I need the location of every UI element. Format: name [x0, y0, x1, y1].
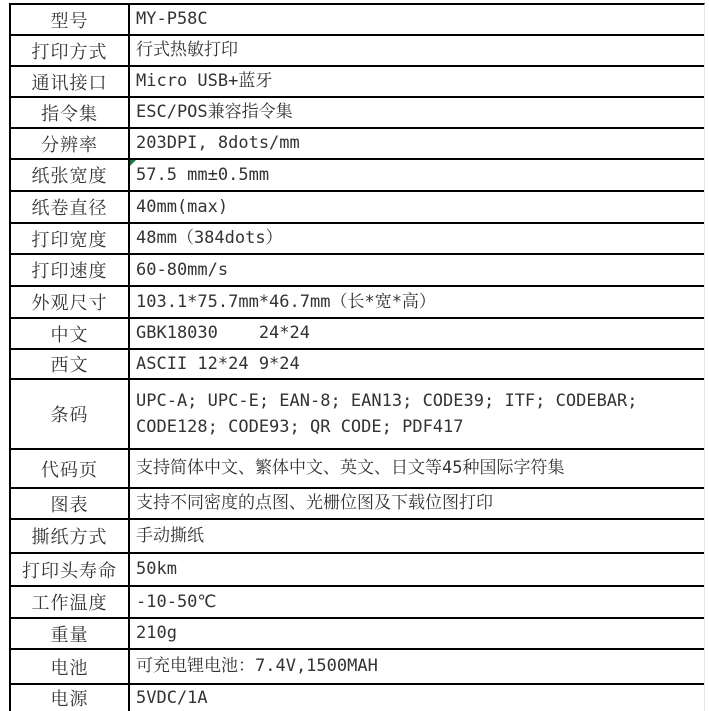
table-row: 打印速度 60-80mm/s [11, 255, 704, 287]
spec-value-cell: 手动撕纸 [128, 520, 704, 552]
spec-value-cell: GBK18030 24*24 [128, 319, 704, 348]
spec-value-cell: 支持简体中文、繁体中文、英文、日文等45种国际字符集 [128, 450, 704, 487]
table-row: 打印头寿命 50km [11, 554, 704, 587]
spec-value: MY-P58C [136, 6, 208, 32]
spec-label: 图表 [11, 489, 128, 518]
spec-value-cell: 可充电锂电池：7.4V,1500MAH [128, 650, 704, 683]
table-row: 打印宽度 48mm（384dots） [11, 224, 704, 255]
spec-label: 西文 [11, 350, 128, 378]
spec-value: 可充电锂电池：7.4V,1500MAH [136, 653, 378, 679]
spec-value: ASCII 12*24 9*24 [136, 351, 300, 377]
spec-value: 5VDC/1A [136, 685, 208, 711]
spec-value: 48mm（384dots） [136, 225, 283, 251]
spec-label: 打印头寿命 [11, 554, 128, 585]
spec-value: 支持不同密度的点图、光栅位图及下载位图打印 [136, 490, 493, 516]
spec-value-cell: 48mm（384dots） [128, 224, 704, 253]
table-row: 条码 UPC-A; UPC-E; EAN-8; EAN13; CODE39; I… [11, 380, 704, 450]
spec-value: 203DPI, 8dots/mm [136, 130, 300, 156]
spec-label: 电池 [11, 650, 128, 683]
spec-label: 打印速度 [11, 255, 128, 285]
spec-value: UPC-A; UPC-E; EAN-8; EAN13; CODE39; ITF;… [136, 388, 700, 441]
table-row: 中文 GBK18030 24*24 [11, 319, 704, 350]
spec-label: 重量 [11, 619, 128, 648]
spec-value-cell: 50km [128, 554, 704, 585]
spec-value: GBK18030 24*24 [136, 320, 310, 346]
green-corner-marker-icon [130, 160, 136, 166]
spec-value-cell: 57.5 mm±0.5mm [128, 160, 704, 190]
spec-label: 分辨率 [11, 129, 128, 158]
table-row: 代码页 支持简体中文、繁体中文、英文、日文等45种国际字符集 [11, 450, 704, 489]
spec-value: Micro USB+蓝牙 [136, 68, 272, 94]
spec-value-cell: 210g [128, 619, 704, 648]
spec-value-cell: MY-P58C [128, 5, 704, 34]
spec-value-cell: ASCII 12*24 9*24 [128, 350, 704, 378]
spec-value: ESC/POS兼容指令集 [136, 99, 293, 125]
table-row: 西文 ASCII 12*24 9*24 [11, 350, 704, 380]
spec-value-cell: 支持不同密度的点图、光栅位图及下载位图打印 [128, 489, 704, 518]
spec-label: 纸卷直径 [11, 192, 128, 222]
table-row: 工作温度 -10-50℃ [11, 587, 704, 619]
spec-label: 中文 [11, 319, 128, 348]
spec-label: 纸张宽度 [11, 160, 128, 190]
table-row: 电源 5VDC/1A [11, 685, 704, 711]
spec-value-cell: -10-50℃ [128, 587, 704, 617]
spec-value: 支持简体中文、繁体中文、英文、日文等45种国际字符集 [136, 455, 564, 481]
spec-label: 电源 [11, 685, 128, 711]
table-row: 撕纸方式 手动撕纸 [11, 520, 704, 554]
spec-label: 工作温度 [11, 587, 128, 617]
spec-value: 210g [136, 620, 177, 646]
spec-label: 外观尺寸 [11, 287, 128, 317]
spec-value: -10-50℃ [136, 589, 217, 615]
printer-spec-table: 型号 MY-P58C 打印方式 行式热敏打印 通讯接口 Micro USB+蓝牙… [9, 3, 705, 711]
spec-label: 指令集 [11, 98, 128, 127]
table-row: 打印方式 行式热敏打印 [11, 36, 704, 67]
table-row: 图表 支持不同密度的点图、光栅位图及下载位图打印 [11, 489, 704, 520]
table-row: 型号 MY-P58C [11, 5, 704, 36]
spec-label: 通讯接口 [11, 67, 128, 96]
spec-value-cell: 203DPI, 8dots/mm [128, 129, 704, 158]
spec-value-cell: 103.1*75.7mm*46.7mm（长*宽*高） [128, 287, 704, 317]
spec-value: 57.5 mm±0.5mm [136, 162, 269, 188]
spec-label: 打印宽度 [11, 224, 128, 253]
spec-value: 40mm(max) [136, 194, 228, 220]
spec-value-cell: 行式热敏打印 [128, 36, 704, 65]
table-row: 指令集 ESC/POS兼容指令集 [11, 98, 704, 129]
spec-label: 代码页 [11, 450, 128, 487]
spec-label: 条码 [11, 380, 128, 448]
spec-label: 撕纸方式 [11, 520, 128, 552]
spec-value: 手动撕纸 [136, 523, 204, 549]
spec-value-cell: Micro USB+蓝牙 [128, 67, 704, 96]
spec-value-cell: ESC/POS兼容指令集 [128, 98, 704, 127]
table-row: 通讯接口 Micro USB+蓝牙 [11, 67, 704, 98]
table-row: 电池 可充电锂电池：7.4V,1500MAH [11, 650, 704, 685]
spec-value-cell: UPC-A; UPC-E; EAN-8; EAN13; CODE39; ITF;… [128, 380, 704, 448]
table-row: 纸张宽度 57.5 mm±0.5mm [11, 160, 704, 192]
table-row: 分辨率 203DPI, 8dots/mm [11, 129, 704, 160]
spec-label: 打印方式 [11, 36, 128, 65]
spec-value: 60-80mm/s [136, 257, 228, 283]
table-row: 外观尺寸 103.1*75.7mm*46.7mm（长*宽*高） [11, 287, 704, 319]
table-row: 重量 210g [11, 619, 704, 650]
spec-value-cell: 5VDC/1A [128, 685, 704, 711]
spec-value: 行式热敏打印 [136, 37, 238, 63]
table-row: 纸卷直径 40mm(max) [11, 192, 704, 224]
spec-label: 型号 [11, 5, 128, 34]
spec-value-cell: 40mm(max) [128, 192, 704, 222]
spec-value: 103.1*75.7mm*46.7mm（长*宽*高） [136, 289, 436, 315]
spec-value-cell: 60-80mm/s [128, 255, 704, 285]
spec-value: 50km [136, 556, 177, 582]
